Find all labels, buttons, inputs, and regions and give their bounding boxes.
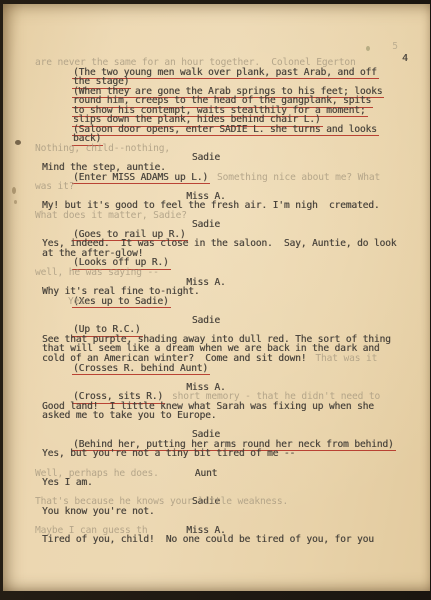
ghost-text-line-text: well, he was saying -- — [35, 267, 159, 278]
dialogue-line: Yes, but you're not a tiny bit tired of … — [42, 449, 426, 459]
blank-line — [40, 421, 426, 431]
stage-direction-line: (Crosses R. behind Aunt) — [73, 364, 426, 374]
ghost-text-line: What does it matter, Sadie? — [35, 211, 426, 221]
dialogue-line-text: Yes I am. — [42, 477, 93, 488]
paper: 5 4 are never the same for an hour toget… — [3, 4, 430, 591]
dialogue-line-text: Tired of you, child! No one could be tir… — [42, 534, 374, 545]
stage-direction-line: Yes.(Xes up to Sadie) — [73, 297, 426, 307]
scanned-page: 5 4 are never the same for an hour toget… — [0, 0, 431, 600]
ghost-text-line: was it? — [35, 182, 426, 192]
paper-speck — [366, 46, 370, 51]
character-name-text: Aunt — [195, 468, 218, 479]
ghost-text-line-text: Nothing, child--nothing, — [35, 143, 170, 154]
script-body: are never the same for an hour together.… — [40, 58, 426, 545]
ghost-text-line-text: What does it matter, Sadie? — [35, 210, 187, 221]
paper-speck — [12, 187, 16, 194]
dialogue-line: Yes I am. — [42, 478, 426, 488]
stage-direction-line: (Enter MISS ADAMS up L.)Something nice a… — [73, 173, 426, 183]
paper-speck — [15, 140, 21, 145]
ghost-text: Yes. — [68, 297, 91, 307]
dialogue-line: You know you're not. — [42, 507, 426, 517]
ghost-text: That was it — [315, 353, 377, 364]
character-name-text: Sadie — [192, 152, 220, 163]
blank-line — [40, 373, 426, 383]
character-name-text: Sadie — [192, 315, 220, 326]
dialogue-line-text: Yes, but you're not a tiny bit tired of … — [42, 448, 295, 459]
page-number-ghost: 5 — [392, 41, 398, 52]
stage-direction-line: (Saloon door opens, enter SADIE L. she t… — [73, 125, 426, 135]
dialogue-line-text: You know you're not. — [42, 506, 155, 517]
ghost-text: Something nice about me? What — [217, 172, 380, 183]
ghost-text-line: well, he was saying -- — [35, 268, 426, 278]
dialogue-line-text: asked me to take you to Europe. — [42, 410, 216, 421]
dialogue-line: asked me to take you to Europe. — [42, 411, 426, 421]
character-name-text: Sadie — [192, 219, 220, 230]
ghost-text-line: Nothing, child--nothing, — [35, 144, 426, 154]
blank-line — [40, 306, 426, 316]
dialogue-line: Tired of you, child! No one could be tir… — [42, 535, 426, 545]
paper-speck — [14, 200, 17, 204]
ghost-text-line-text: was it? — [35, 181, 74, 192]
